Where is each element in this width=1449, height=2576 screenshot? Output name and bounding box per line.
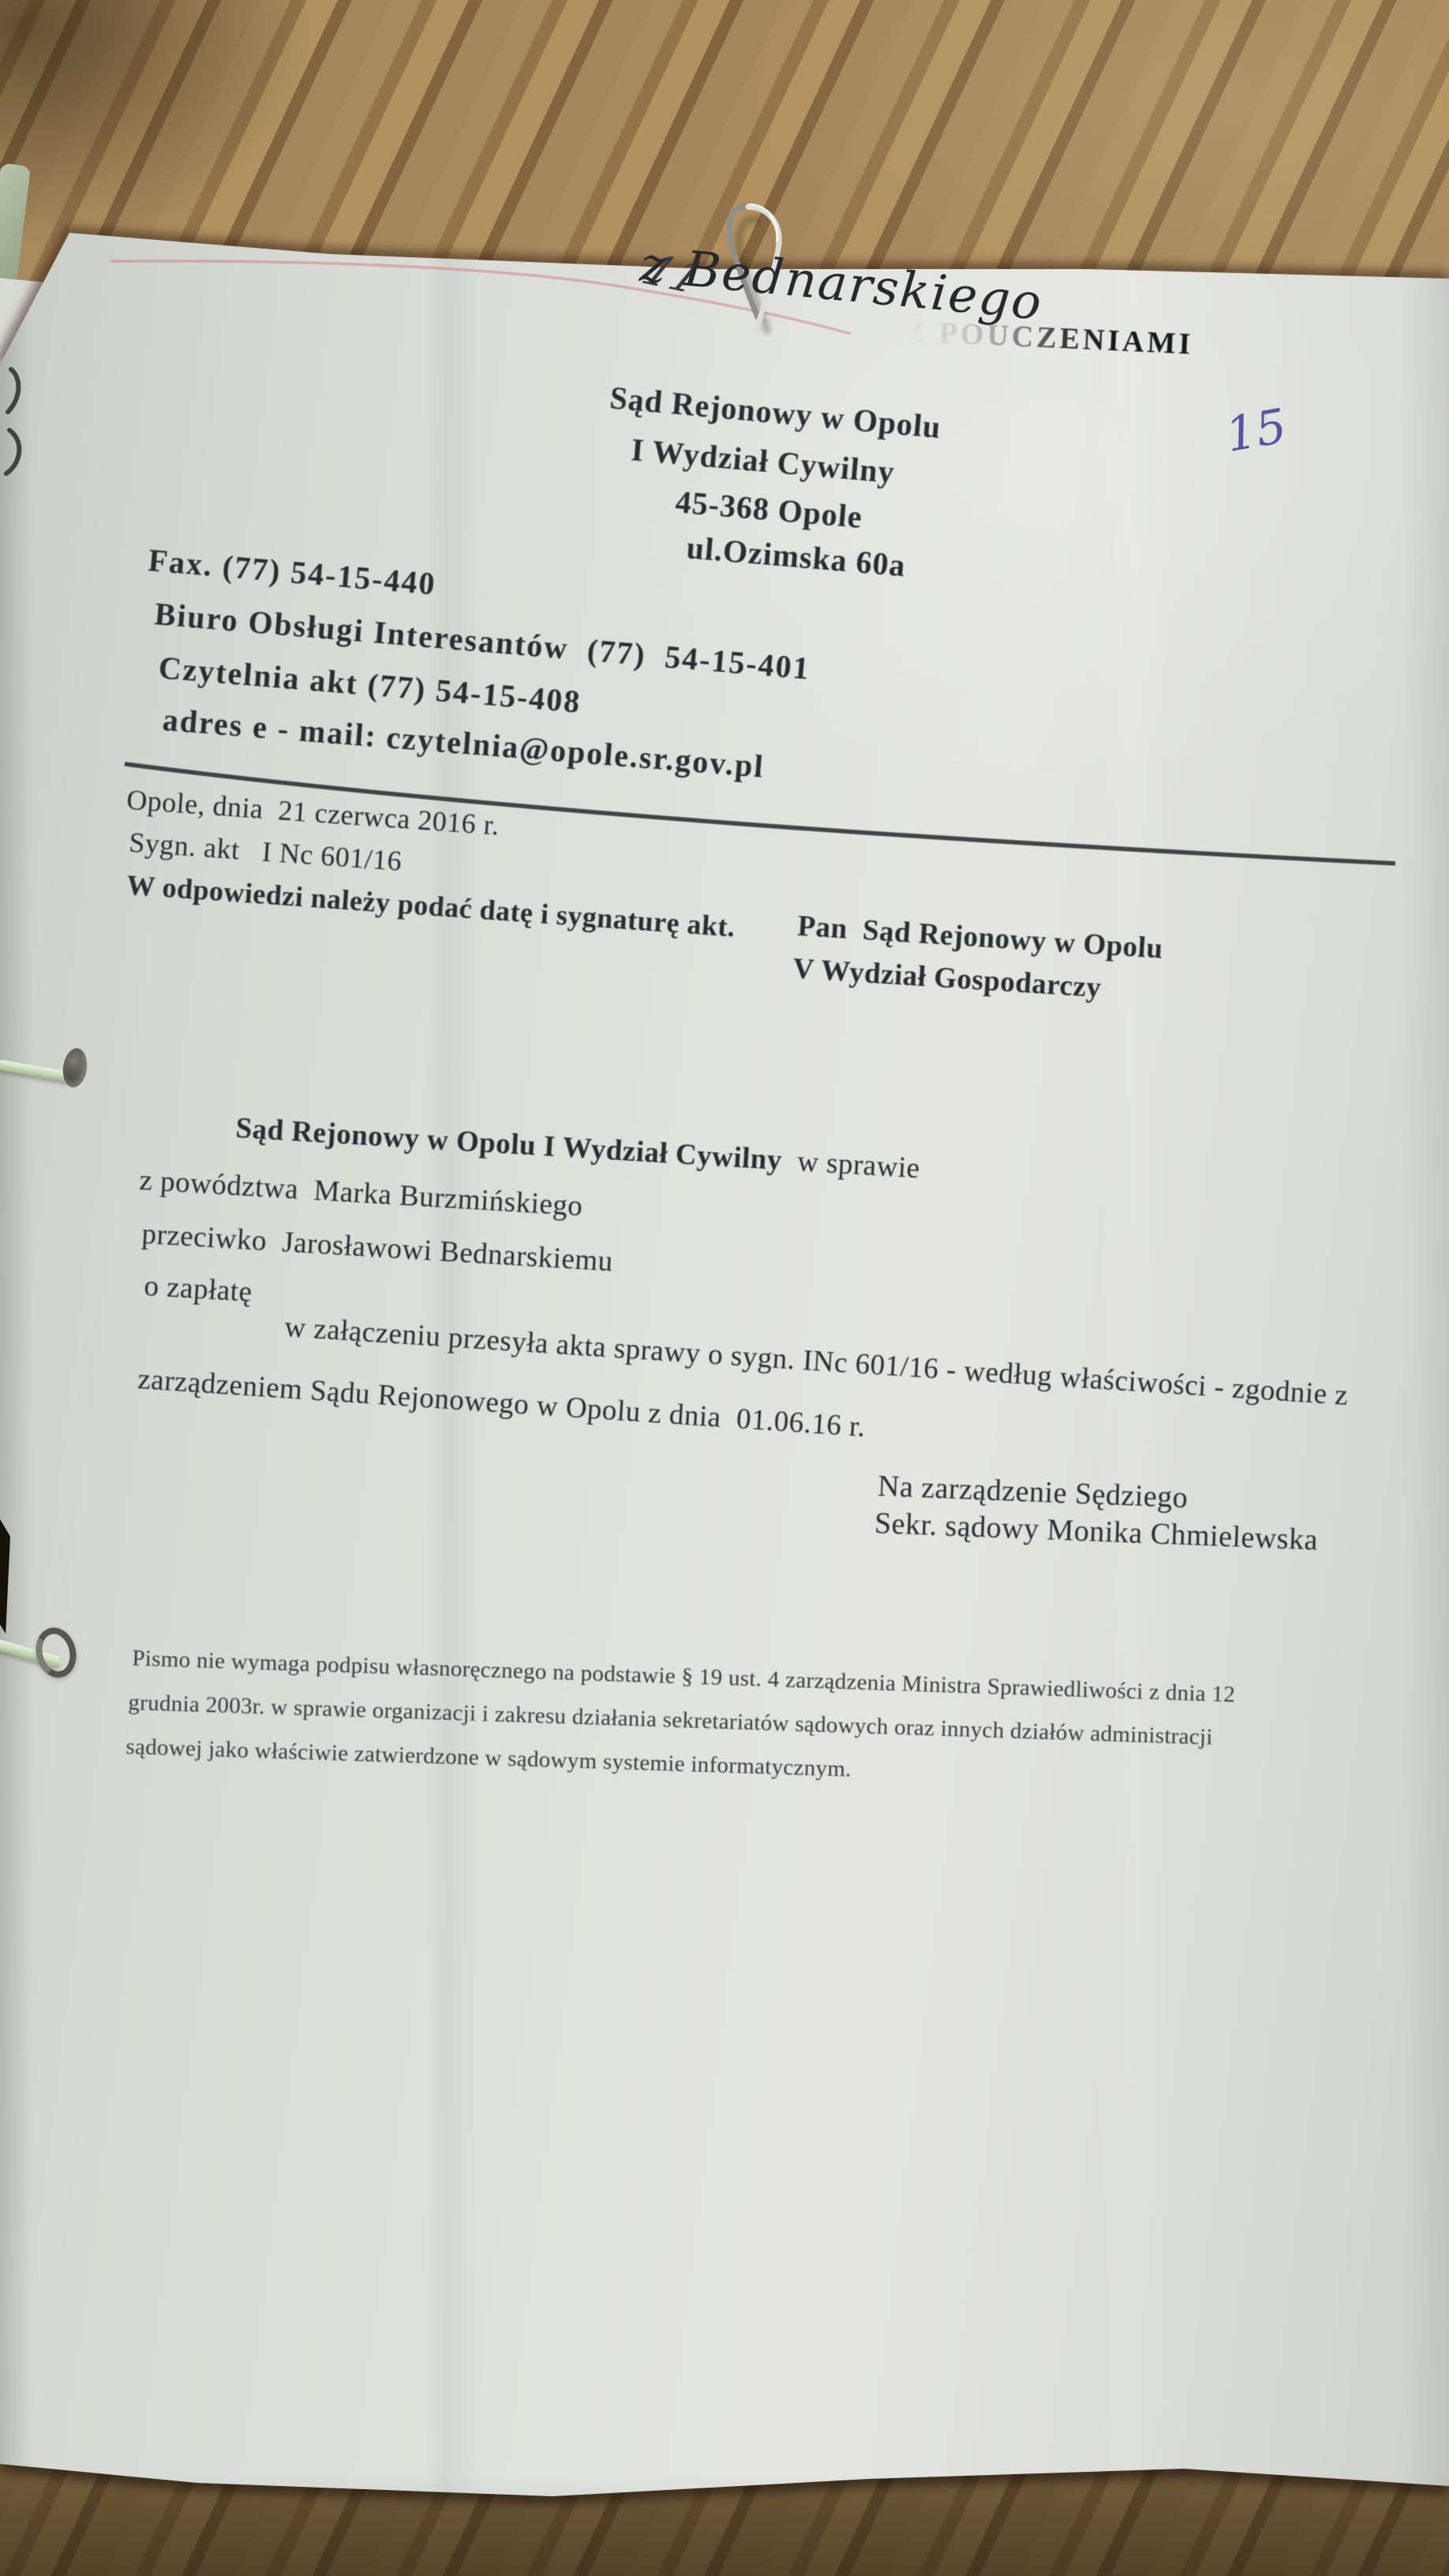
folder-string-end xyxy=(0,163,31,298)
body-claim-line: o zapłatę xyxy=(143,1269,253,1309)
photo-of-court-letter: Sąd Rejonowy w Opolu I Wydział Cywilny 4… xyxy=(0,0,1449,2576)
handwritten-number-15: 15 xyxy=(1222,399,1290,463)
